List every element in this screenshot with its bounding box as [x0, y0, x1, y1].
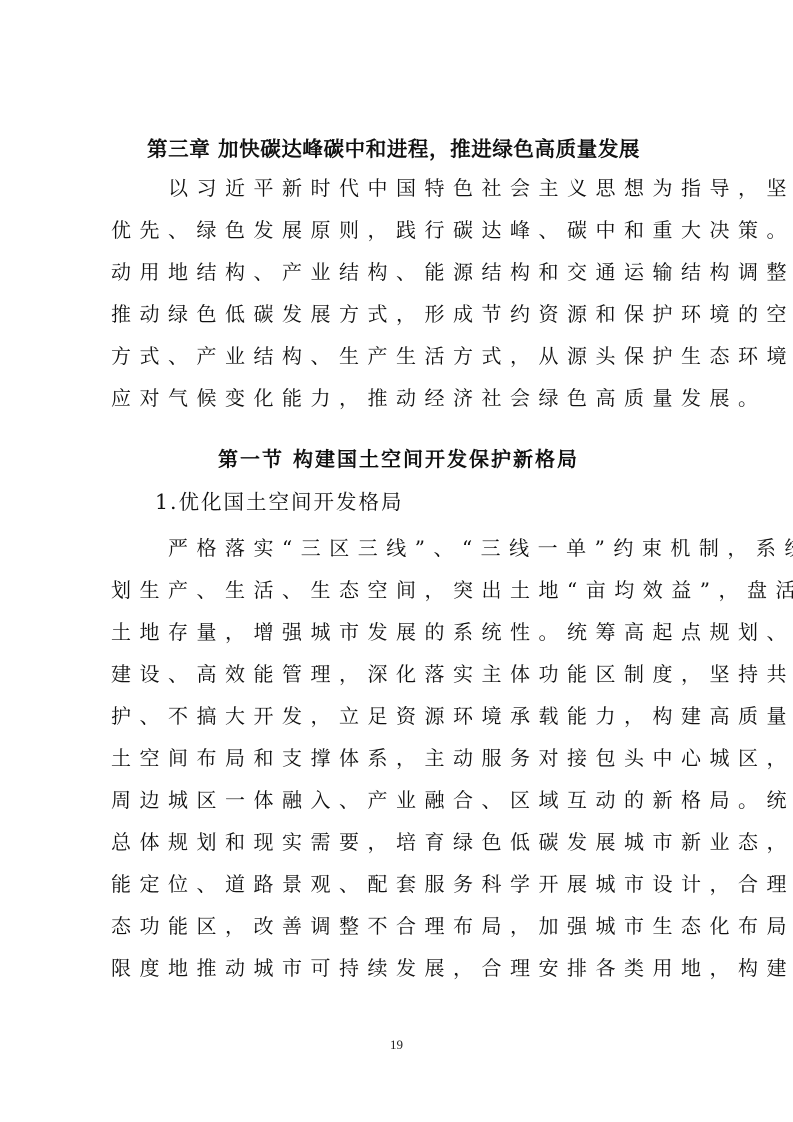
section-title: 第一节 构建国土空间开发保护新格局 — [218, 443, 579, 472]
paragraph-line: 土地存量，增强城市发展的系统性。统筹高起点规划、高品质 — [111, 611, 683, 653]
paragraph-line: 严格落实“三区三线”、“三线一单”约束机制，系统规 — [111, 527, 683, 569]
subsection-title: 1.优化国土空间开发格局 — [155, 485, 404, 515]
paragraph-line: 护、不搞大开发，立足资源环境承载能力，构建高质量发展国 — [111, 695, 683, 737]
paragraph-line: 划生产、生活、生态空间，突出土地“亩均效益”，盘活园区 — [111, 569, 683, 611]
paragraph-line: 能定位、道路景观、配套服务科学开展城市设计，合理划分生 — [111, 863, 683, 905]
paragraph-line: 方式、产业结构、生产生活方式，从源头保护生态环境，增强 — [111, 335, 683, 377]
chapter-title: 第三章 加快碳达峰碳中和进程，推进绿色高质量发展 — [147, 132, 719, 162]
paragraph-line: 推动绿色低碳发展方式，形成节约资源和保护环境的空间布局 — [111, 293, 683, 335]
paragraph-line: 周边城区一体融入、产业融合、区域互动的新格局。统筹城市 — [111, 779, 683, 821]
paragraph-line: 应对气候变化能力，推动经济社会绿色高质量发展。 — [111, 377, 683, 419]
intro-paragraph: 以习近平新时代中国特色社会主义思想为指导，坚持生态 优先、绿色发展原则，践行碳达… — [111, 167, 683, 419]
paragraph-line: 总体规划和现实需要，培育绿色低碳发展城市新业态，按照功 — [111, 821, 683, 863]
page-number: 19 — [0, 1037, 793, 1053]
paragraph-line: 优先、绿色发展原则，践行碳达峰、碳中和重大决策。通过推 — [111, 209, 683, 251]
paragraph-line: 限度地推动城市可持续发展，合理安排各类用地，构建绿色、 — [111, 947, 683, 989]
paragraph-line: 以习近平新时代中国特色社会主义思想为指导，坚持生态 — [111, 167, 683, 209]
paragraph-line: 态功能区，改善调整不合理布局，加强城市生态化布局，最大 — [111, 905, 683, 947]
paragraph-line: 土空间布局和支撑体系，主动服务对接包头中心城区，形成与 — [111, 737, 683, 779]
paragraph-line: 动用地结构、产业结构、能源结构和交通运输结构调整，着力 — [111, 251, 683, 293]
body-paragraph: 严格落实“三区三线”、“三线一单”约束机制，系统规 划生产、生活、生态空间，突出… — [111, 527, 683, 989]
paragraph-line: 建设、高效能管理，深化落实主体功能区制度，坚持共抓大保 — [111, 653, 683, 695]
